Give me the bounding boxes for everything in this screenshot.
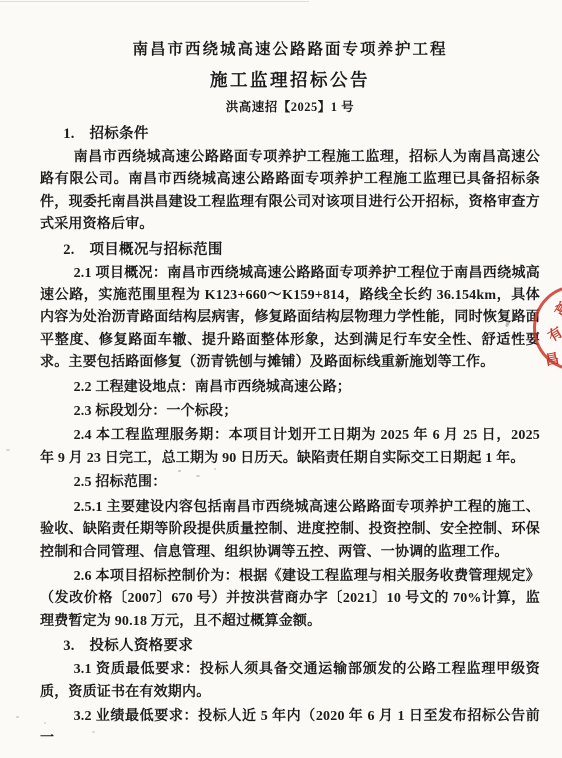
document-page: 南昌市西绕城高速公路路面专项养护工程 施工监理招标公告 洪高速招【2025】1 … bbox=[0, 0, 562, 758]
section-heading: 2. 项目概况与招标范围 bbox=[40, 239, 540, 261]
scan-artifact-line bbox=[0, 1, 309, 2]
paragraph: 2.6 本项目招标控制价为：根据《建设工程监理与相关服务收费管理规定》（发改价格… bbox=[40, 566, 540, 633]
document-content: 南昌市西绕城高速公路路面专项养护工程 施工监理招标公告 洪高速招【2025】1 … bbox=[40, 40, 540, 753]
paragraph: 3.2 业绩最低要求：投标人近 5 年内（2020 年 6 月 1 日至发布招标… bbox=[40, 706, 540, 751]
pencil-mark bbox=[214, 468, 216, 470]
document-title-line2: 施工监理招标公告 bbox=[40, 69, 540, 91]
scan-speck bbox=[6, 449, 10, 451]
scan-speck bbox=[44, 722, 46, 724]
section-project-overview: 2. 项目概况与招标范围 2.1 项目概况：南昌市西绕城高速公路路面专项养护工程… bbox=[40, 239, 540, 634]
section-heading: 3. 投标人资格要求 bbox=[40, 635, 540, 657]
section-bidder-qualifications: 3. 投标人资格要求 3.1 资质最低要求：投标人须具备交通运输部颁发的公路工程… bbox=[40, 635, 540, 751]
paragraph: 2.2 工程建设地点：南昌市西绕城高速公路； bbox=[40, 377, 540, 399]
pencil-mark bbox=[196, 475, 200, 477]
section-heading: 1. 招标条件 bbox=[40, 123, 540, 145]
scan-speck bbox=[16, 716, 19, 718]
pencil-mark bbox=[178, 470, 181, 472]
document-number: 洪高速招【2025】1 号 bbox=[40, 99, 540, 116]
paragraph: 2.5 招标范围： bbox=[40, 472, 540, 494]
paragraph: 南昌市西绕城高速公路路面专项养护工程施工监理，招标人为南昌高速公路有限公司。南昌… bbox=[40, 147, 540, 237]
paragraph: 2.3 标段划分：一个标段； bbox=[40, 401, 540, 423]
section-bidding-conditions: 1. 招标条件 南昌市西绕城高速公路路面专项养护工程施工监理，招标人为南昌高速公… bbox=[40, 123, 540, 237]
paragraph: 2.5.1 主要建设内容包括南昌市西绕城高速公路路面专项养护工程的施工、验收、缺… bbox=[40, 497, 540, 564]
scan-speck bbox=[92, 731, 95, 733]
paragraph: 3.1 资质最低要求：投标人须具备交通运输部颁发的公路工程监理甲级资质，资质证书… bbox=[40, 659, 540, 704]
seal-character: 高 bbox=[550, 298, 562, 320]
seal-character: 昌 bbox=[543, 348, 560, 370]
document-title-line1: 南昌市西绕城高速公路路面专项养护工程 bbox=[40, 40, 540, 60]
paragraph: 2.4 本工程监理服务期：本项目计划开工日期为 2025 年 6 月 25 日，… bbox=[40, 425, 540, 470]
paragraph: 2.1 项目概况：南昌市西绕城高速公路路面专项养护工程位于南昌西绕城高速公路，实… bbox=[40, 263, 540, 375]
seal-character: 有 bbox=[544, 322, 562, 346]
